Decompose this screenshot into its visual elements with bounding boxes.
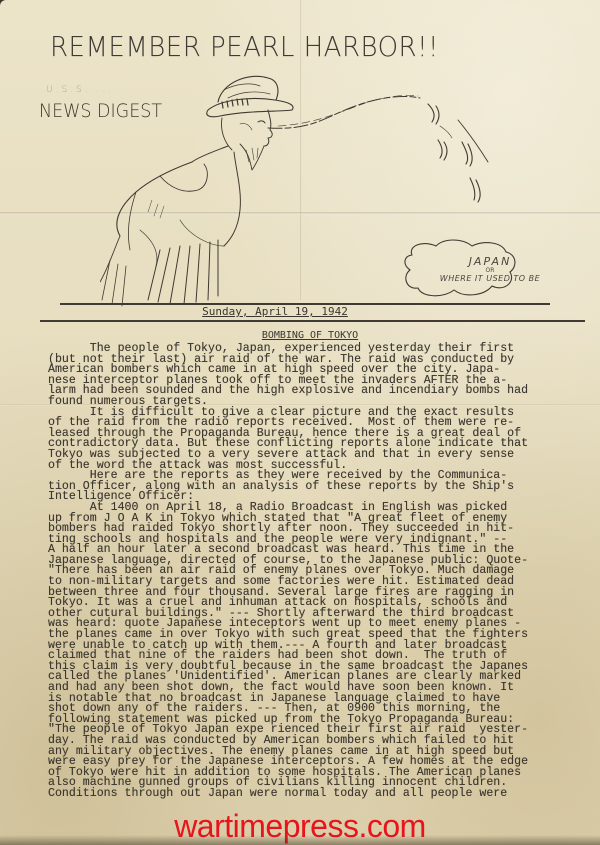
rule-bottom [40,320,585,322]
article-line: Conditions through out Japan were normal… [48,789,600,800]
cloud-caption-where: WHERE IT USED TO BE [405,274,575,283]
cloud-caption: JAPAN OR WHERE IT USED TO BE [405,255,575,283]
article-headline: BOMBING OF TOKYO [60,330,600,341]
bottom-shadow [0,835,600,845]
article-body: The people of Tokyo, Japan, experienced … [48,344,600,800]
masthead-title: REMEMBER PEARL HARBOR!! [50,30,439,63]
newsletter-page: REMEMBER PEARL HARBOR!! U.S.S. ... NEWS … [0,0,600,845]
dateline: Sunday, April 19, 1942 [60,305,490,318]
